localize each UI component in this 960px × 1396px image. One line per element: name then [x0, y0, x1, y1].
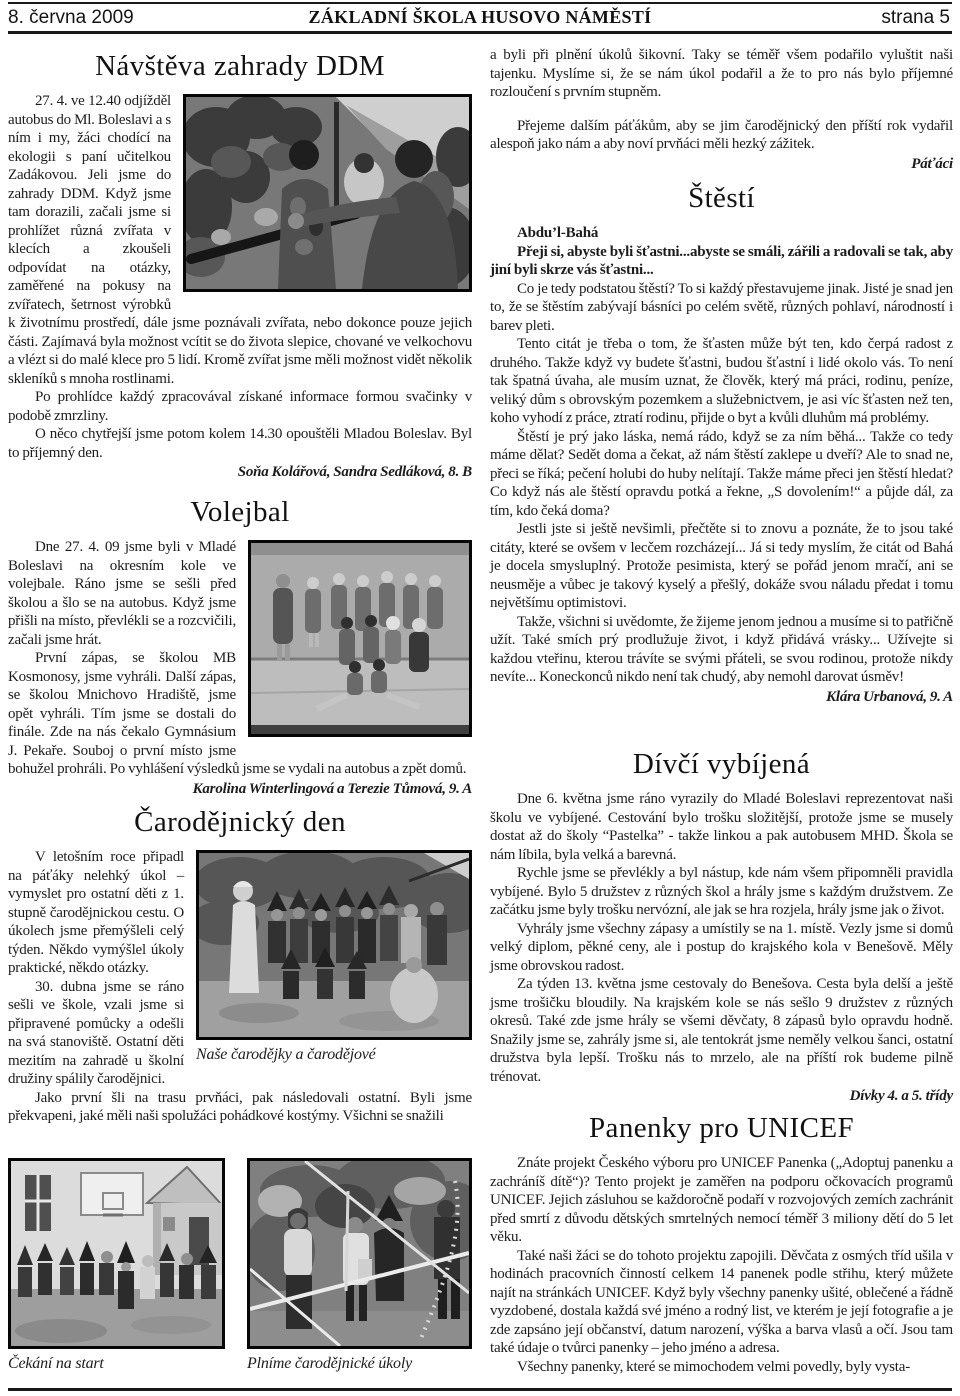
page-number: strana 5	[881, 7, 950, 29]
article-vybijena-title: Dívčí vybíjená	[490, 748, 953, 781]
paragraph-stesti-4: Jestli jste si ještě nevšimli, přečtěte …	[490, 520, 953, 613]
photo-witches-group	[196, 850, 472, 1040]
photo-waiting-for-start	[8, 1158, 225, 1349]
paragraph-carodejnicky-3: Jako první šli na trasu prvňáci, pak nás…	[8, 1089, 472, 1126]
figure-witches-group: Naše čarodějky a čarodějové	[196, 850, 472, 1065]
article-stesti-title: Štěstí	[490, 182, 953, 215]
witches-group-image	[199, 853, 469, 1037]
byline-vybijena: Dívky 4. a 5. třídy	[490, 1087, 953, 1106]
masthead-title: ZÁKLADNÍ ŠKOLA HUSOVO NÁMĚSTÍ	[8, 7, 952, 28]
paragraph-vybijena-1: Dne 6. května jsme ráno vyrazily do Mlad…	[490, 790, 953, 864]
page-header: 8. června 2009 ZÁKLADNÍ ŠKOLA HUSOVO NÁM…	[8, 2, 952, 34]
paragraph-ddm-2: Po prohlídce každý zpracovával získané i…	[8, 388, 472, 425]
paragraph-stesti-1: Co je tedy podstatou štěstí? To si každý…	[490, 280, 953, 336]
photo-witch-tasks	[247, 1158, 472, 1349]
paragraph-continuation-2: Přejeme dalším páťákům, aby se jim čarod…	[490, 117, 953, 154]
article-volejbal: Volejbal	[8, 490, 472, 799]
paragraph-stesti-3: Štěstí je prý jako láska, nemá rádo, kdy…	[490, 428, 953, 521]
article-carodejnicky-title: Čarodějnický den	[8, 806, 472, 839]
byline-ddm: Soňa Kolářová, Sandra Sedláková, 8. B	[8, 463, 472, 482]
article-unicef-title: Panenky pro UNICEF	[490, 1112, 953, 1145]
paragraph-unicef-1: Znáte projekt Českého výboru pro UNICEF …	[490, 1154, 953, 1247]
article-stesti: Štěstí Abdu’l-Bahá Přeji si, abyste byli…	[490, 176, 953, 707]
newspaper-page: 8. června 2009 ZÁKLADNÍ ŠKOLA HUSOVO NÁM…	[0, 0, 960, 1396]
caption-waiting-for-start: Čekání na start	[8, 1354, 225, 1374]
greenhouse-visit-image	[186, 97, 469, 289]
volleyball-team-image	[251, 543, 469, 734]
paragraph-vybijena-2: Rychle jsme se převlékly a byl nástup, k…	[490, 864, 953, 920]
bottom-rule	[8, 1388, 952, 1391]
photo-ddm-garden	[183, 94, 472, 292]
byline-pataci: Páťáci	[490, 155, 953, 174]
byline-stesti: Klára Urbanová, 9. A	[490, 688, 953, 707]
figure-waiting-for-start: Čekání na start	[8, 1158, 225, 1374]
paragraph-unicef-3: Všechny panenky, které se mimochodem vel…	[490, 1358, 953, 1377]
article-vybijena: Dívčí vybíjená Dne 6. května jsme ráno v…	[490, 742, 953, 1106]
paragraph-vybijena-4: Za týden 13. května jsme cestovaly do Be…	[490, 975, 953, 1086]
quote-author: Abdu’l-Bahá	[490, 224, 953, 243]
article-volejbal-title: Volejbal	[8, 496, 472, 529]
article-carodejnicky-continuation: a byli při plnění úkolů šikovní. Taky se…	[490, 46, 953, 174]
paragraph-unicef-2: Také naši žáci se do tohoto projektu zap…	[490, 1247, 953, 1358]
caption-witch-tasks: Plníme čarodějnické úkoly	[247, 1354, 472, 1374]
paragraph-stesti-5: Takže, všichni si uvědomte, že žijeme je…	[490, 613, 953, 687]
paragraph-ddm-3: O něco chytřejší jsme potom kolem 14.30 …	[8, 425, 472, 462]
schoolyard-start-image	[11, 1161, 222, 1346]
paragraph-continuation-1: a byli při plnění úkolů šikovní. Taky se…	[490, 46, 953, 102]
paragraph-vybijena-3: Vyhrály jsme všechny zápasy a umístily s…	[490, 920, 953, 976]
article-carodejnicky-den: Čarodějnický den	[8, 800, 472, 1126]
caption-witches-group: Naše čarodějky a čarodějové	[196, 1045, 472, 1065]
figure-witch-tasks: Plníme čarodějnické úkoly	[247, 1158, 472, 1374]
paragraph-stesti-2: Tento citát je třeba o tom, že šťasten m…	[490, 335, 953, 428]
article-unicef: Panenky pro UNICEF Znáte projekt Českého…	[490, 1106, 953, 1376]
quote-text: Přeji si, abyste byli šťastni...abyste s…	[490, 243, 953, 280]
article-ddm-title: Návštěva zahrady DDM	[8, 50, 472, 83]
article-ddm: Návštěva zahrady DDM	[8, 44, 472, 482]
witch-tasks-image	[250, 1161, 469, 1346]
byline-volejbal: Karolina Winterlingová a Terezie Tůmová,…	[8, 780, 472, 799]
photo-volleyball-team	[248, 540, 472, 737]
